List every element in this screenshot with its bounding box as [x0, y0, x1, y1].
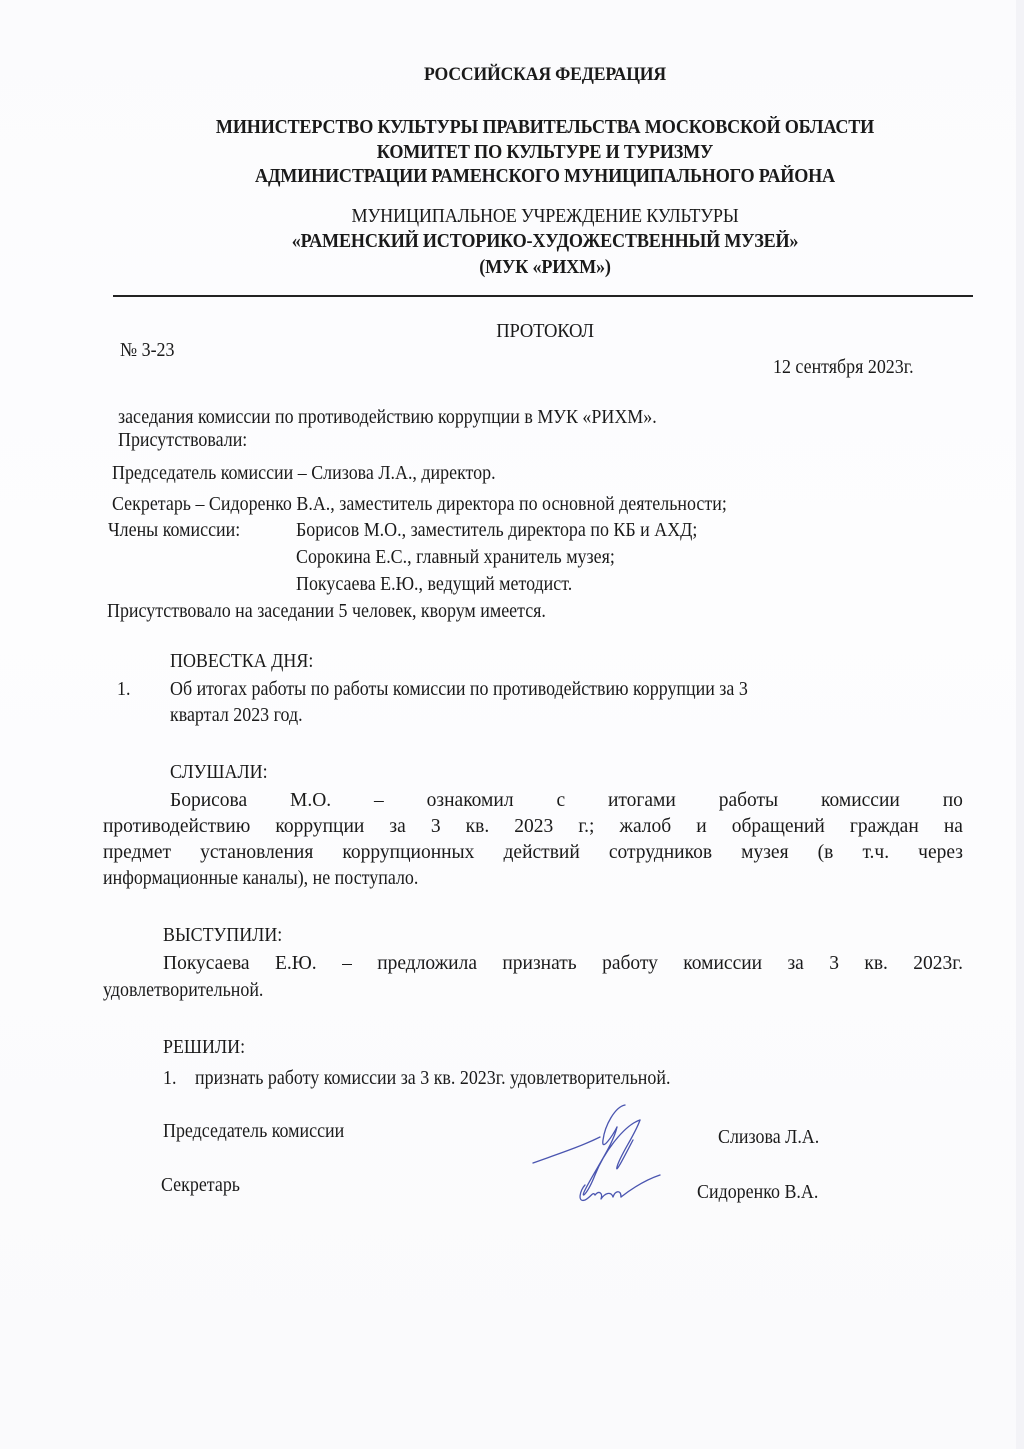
institution-name: «РАМЕНСКИЙ ИСТОРИКО-ХУДОЖЕСТВЕННЫЙ МУЗЕЙ… [38, 231, 1024, 253]
attendance-secretary: Секретарь – Сидоренко В.А., заместитель … [112, 494, 727, 516]
header-administration: АДМИНИСТРАЦИИ РАМЕНСКОГО МУНИЦИПАЛЬНОГО … [38, 166, 1024, 188]
header-committee: КОМИТЕТ ПО КУЛЬТУРЕ И ТУРИЗМУ [38, 142, 1024, 164]
spoke-line: удовлетворительной. [103, 980, 263, 1002]
attendance-quorum: Присутствовало на заседании 5 человек, к… [107, 601, 546, 623]
spoke-line: Покусаева Е.Ю. – предложила признать раб… [163, 953, 963, 975]
heard-line: противодействию коррупции за 3 кв. 2023 … [103, 816, 963, 838]
decided-heading: РЕШИЛИ: [163, 1037, 245, 1059]
agenda-heading: ПОВЕСТКА ДНЯ: [170, 651, 313, 673]
attendance-member: Сорокина Е.С., главный хранитель музея; [296, 547, 615, 569]
heard-line: информационные каналы), не поступало. [103, 868, 418, 890]
attendance-member: Покусаева Е.Ю., ведущий методист. [296, 574, 572, 596]
attendance-member: Борисов М.О., заместитель директора по К… [296, 520, 697, 542]
heard-line: предмет установления коррупционных дейст… [103, 842, 963, 864]
institution-type: МУНИЦИПАЛЬНОЕ УЧРЕЖДЕНИЕ КУЛЬТУРЫ [38, 206, 1024, 228]
heard-line: Борисова М.О. – ознакомил с итогами рабо… [170, 790, 963, 812]
decided-item-text: признать работу комиссии за 3 кв. 2023г.… [195, 1068, 670, 1090]
attendance-label: Присутствовали: [118, 430, 247, 452]
header-country: РОССИЙСКАЯ ФЕДЕРАЦИЯ [38, 64, 1024, 86]
handwritten-signature-icon [525, 1095, 685, 1215]
attendance-chair: Председатель комиссии – Слизова Л.А., ди… [112, 463, 496, 485]
protocol-date: 12 сентября 2023г. [773, 357, 914, 379]
spoke-heading: ВЫСТУПИЛИ: [163, 925, 282, 947]
attendance-members-label: Члены комиссии: [108, 520, 240, 542]
decided-item-number: 1. [163, 1068, 176, 1090]
protocol-number: № 3-23 [120, 340, 174, 362]
protocol-title: ПРОТОКОЛ [38, 320, 1024, 343]
institution-abbr: (МУК «РИХМ») [38, 257, 1024, 279]
agenda-item-number: 1. [117, 679, 130, 701]
protocol-subject: заседания комиссии по противодействию ко… [118, 407, 657, 429]
agenda-item-text: квартал 2023 год. [170, 705, 303, 727]
header-ministry: МИНИСТЕРСТВО КУЛЬТУРЫ ПРАВИТЕЛЬСТВА МОСК… [38, 117, 1024, 139]
signature-name-chair: Слизова Л.А. [718, 1127, 819, 1149]
heard-heading: СЛУШАЛИ: [170, 762, 268, 784]
agenda-item-text: Об итогах работы по работы комиссии по п… [170, 679, 748, 701]
signature-role-secretary: Секретарь [161, 1175, 240, 1197]
signature-role-chair: Председатель комиссии [163, 1121, 344, 1143]
header-divider [113, 295, 973, 297]
document-page: РОССИЙСКАЯ ФЕДЕРАЦИЯ МИНИСТЕРСТВО КУЛЬТУ… [0, 0, 1024, 1449]
signature-name-secretary: Сидоренко В.А. [697, 1182, 818, 1204]
